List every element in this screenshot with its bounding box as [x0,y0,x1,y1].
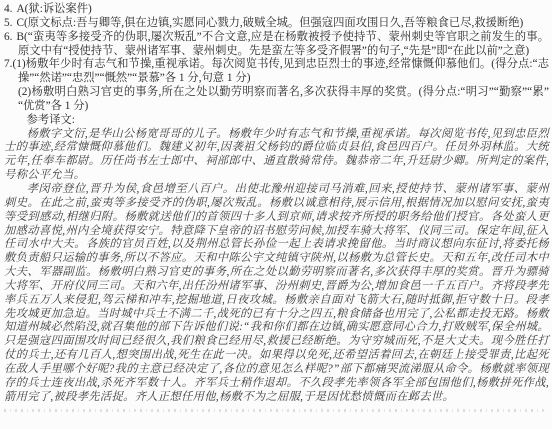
clipped-text-line [4,409,544,412]
answer-text: C(原文标点:吾与卿等,俱在边镇,实愿同心戮力,破贼全城。但强寇四面攻围日久,吾… [16,17,523,29]
reference-translation-section: 参考译文: 杨敷字文衍,是华山公杨宽哥哥的儿子。杨敷年少时有志气和节操,重视承诺… [4,114,549,413]
answer-text: A(狱:诉讼案件) [16,3,91,15]
answer-number: 5. [4,17,12,29]
answer-number: 4. [4,3,12,15]
translation-paragraph-2: 孝闵帝登位,晋升为侯,食邑增至八百户。出使北豫州迎接司马消难,回来,授使持节、蒙… [4,183,549,405]
translation-heading: 参考译文: [4,114,549,128]
translation-paragraph-1: 杨敷字文衍,是华山公杨宽哥哥的儿子。杨敷年少时有志气和节操,重视承诺。每次阅览书… [4,128,549,183]
answer-text: B(“蛮夷等多接受齐的伪职,屡次叛乱”不合文意,应是在杨敷被授予使持节、蒙州刺史… [16,31,549,57]
answer-key-section: 4.A(狱:诉讼案件) 5.C(原文标点:吾与卿等,俱在边镇,实愿同心戮力,破贼… [4,3,549,114]
answer-number: 6. [4,31,12,43]
answer-part-label: (1) [12,58,25,70]
answer-7-part-1: 7.(1)杨敷年少时有志气和节操,重视承诺。每次阅览书传,见到忠臣烈士的事迹,经… [18,58,549,86]
answer-text: 杨敷明白熟习官吏的事务,所在之处以勤劳明察而著名,多次获得丰厚的奖赏。(得分点:… [18,86,549,112]
document-page: 4.A(狱:诉讼案件) 5.C(原文标点:吾与卿等,俱在边镇,实愿同心戮力,破贼… [0,0,552,429]
answer-item-6: 6.B(“蛮夷等多接受齐的伪职,屡次叛乱”不合文意,应是在杨敷被授予使持节、蒙州… [4,31,549,59]
answer-text: 杨敷年少时有志气和节操,重视承诺。每次阅览书传,见到忠臣烈士的事迹,经常慷慨仰慕… [18,58,549,84]
answer-7-part-2: (2)杨敷明白熟习官吏的事务,所在之处以勤劳明察而著名,多次获得丰厚的奖赏。(得… [18,86,549,114]
answer-part-label: (2) [18,86,31,98]
answer-item-7: 7.(1)杨敷年少时有志气和节操,重视承诺。每次阅览书传,见到忠臣烈士的事迹,经… [4,58,549,113]
answer-item-4: 4.A(狱:诉讼案件) [4,3,549,17]
answer-item-5: 5.C(原文标点:吾与卿等,俱在边镇,实愿同心戮力,破贼全城。但强寇四面攻围日久… [4,17,549,31]
